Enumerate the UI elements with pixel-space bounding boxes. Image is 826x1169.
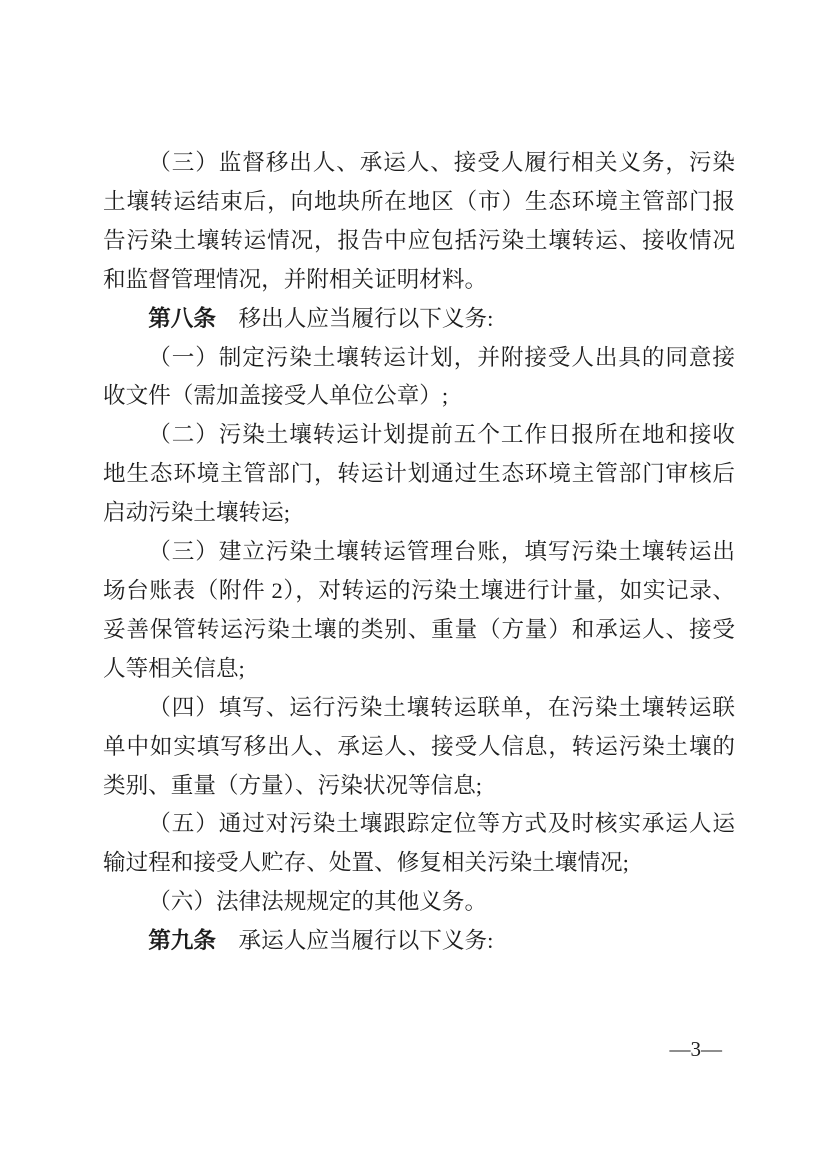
document-body: （三）监督移出人、承运人、接受人履行相关义务，污染土壤转运结束后，向地块所在地区… xyxy=(103,144,735,961)
paragraph-text: （一）制定污染土壤转运计划，并附接受人出具的同意接收文件（需加盖接受人单位公章）… xyxy=(103,345,735,409)
article-8-item-2: （二）污染土壤转运计划提前五个工作日报所在地和接收地生态环境主管部门，转运计划通… xyxy=(103,416,735,533)
paragraph-text: （四）填写、运行污染土壤转运联单，在污染土壤转运联单中如实填写移出人、承运人、接… xyxy=(103,695,735,798)
article-8-item-1: （一）制定污染土壤转运计划，并附接受人出具的同意接收文件（需加盖接受人单位公章）… xyxy=(103,339,735,417)
article-9-heading: 第九条 承运人应当履行以下义务: xyxy=(103,922,735,961)
article-number-text: 第八条 xyxy=(148,306,216,331)
page-number: —3— xyxy=(670,1036,723,1062)
article-8-item-4: （四）填写、运行污染土壤转运联单，在污染土壤转运联单中如实填写移出人、承运人、接… xyxy=(103,689,735,806)
document-page: （三）监督移出人、承运人、接受人履行相关义务，污染土壤转运结束后，向地块所在地区… xyxy=(0,0,826,1169)
paragraph-text: （三）建立污染土壤转运管理台账，填写污染土壤转运出场台账表（附件 2），对转运的… xyxy=(103,539,735,681)
article-8-item-3: （三）建立污染土壤转运管理台账，填写污染土壤转运出场台账表（附件 2），对转运的… xyxy=(103,533,735,689)
paragraph-text: （五）通过对污染土壤跟踪定位等方式及时核实承运人运输过程和接受人贮存、处置、修复… xyxy=(103,811,735,875)
paragraph-text: （六）法律法规规定的其他义务。 xyxy=(148,889,487,914)
article-8-item-5: （五）通过对污染土壤跟踪定位等方式及时核实承运人运输过程和接受人贮存、处置、修复… xyxy=(103,805,735,883)
paragraph-text: 承运人应当履行以下义务: xyxy=(216,928,493,953)
paragraph-text: （二）污染土壤转运计划提前五个工作日报所在地和接收地生态环境主管部门，转运计划通… xyxy=(103,422,735,525)
paragraph-text: 移出人应当履行以下义务: xyxy=(216,306,493,331)
article-number-text: 第九条 xyxy=(148,928,216,953)
paragraph-text: （三）监督移出人、承运人、接受人履行相关义务，污染土壤转运结束后，向地块所在地区… xyxy=(103,150,735,292)
article-8-heading: 第八条 移出人应当履行以下义务: xyxy=(103,300,735,339)
article-8-item-6: （六）法律法规规定的其他义务。 xyxy=(103,883,735,922)
clause-3-supervision: （三）监督移出人、承运人、接受人履行相关义务，污染土壤转运结束后，向地块所在地区… xyxy=(103,144,735,300)
